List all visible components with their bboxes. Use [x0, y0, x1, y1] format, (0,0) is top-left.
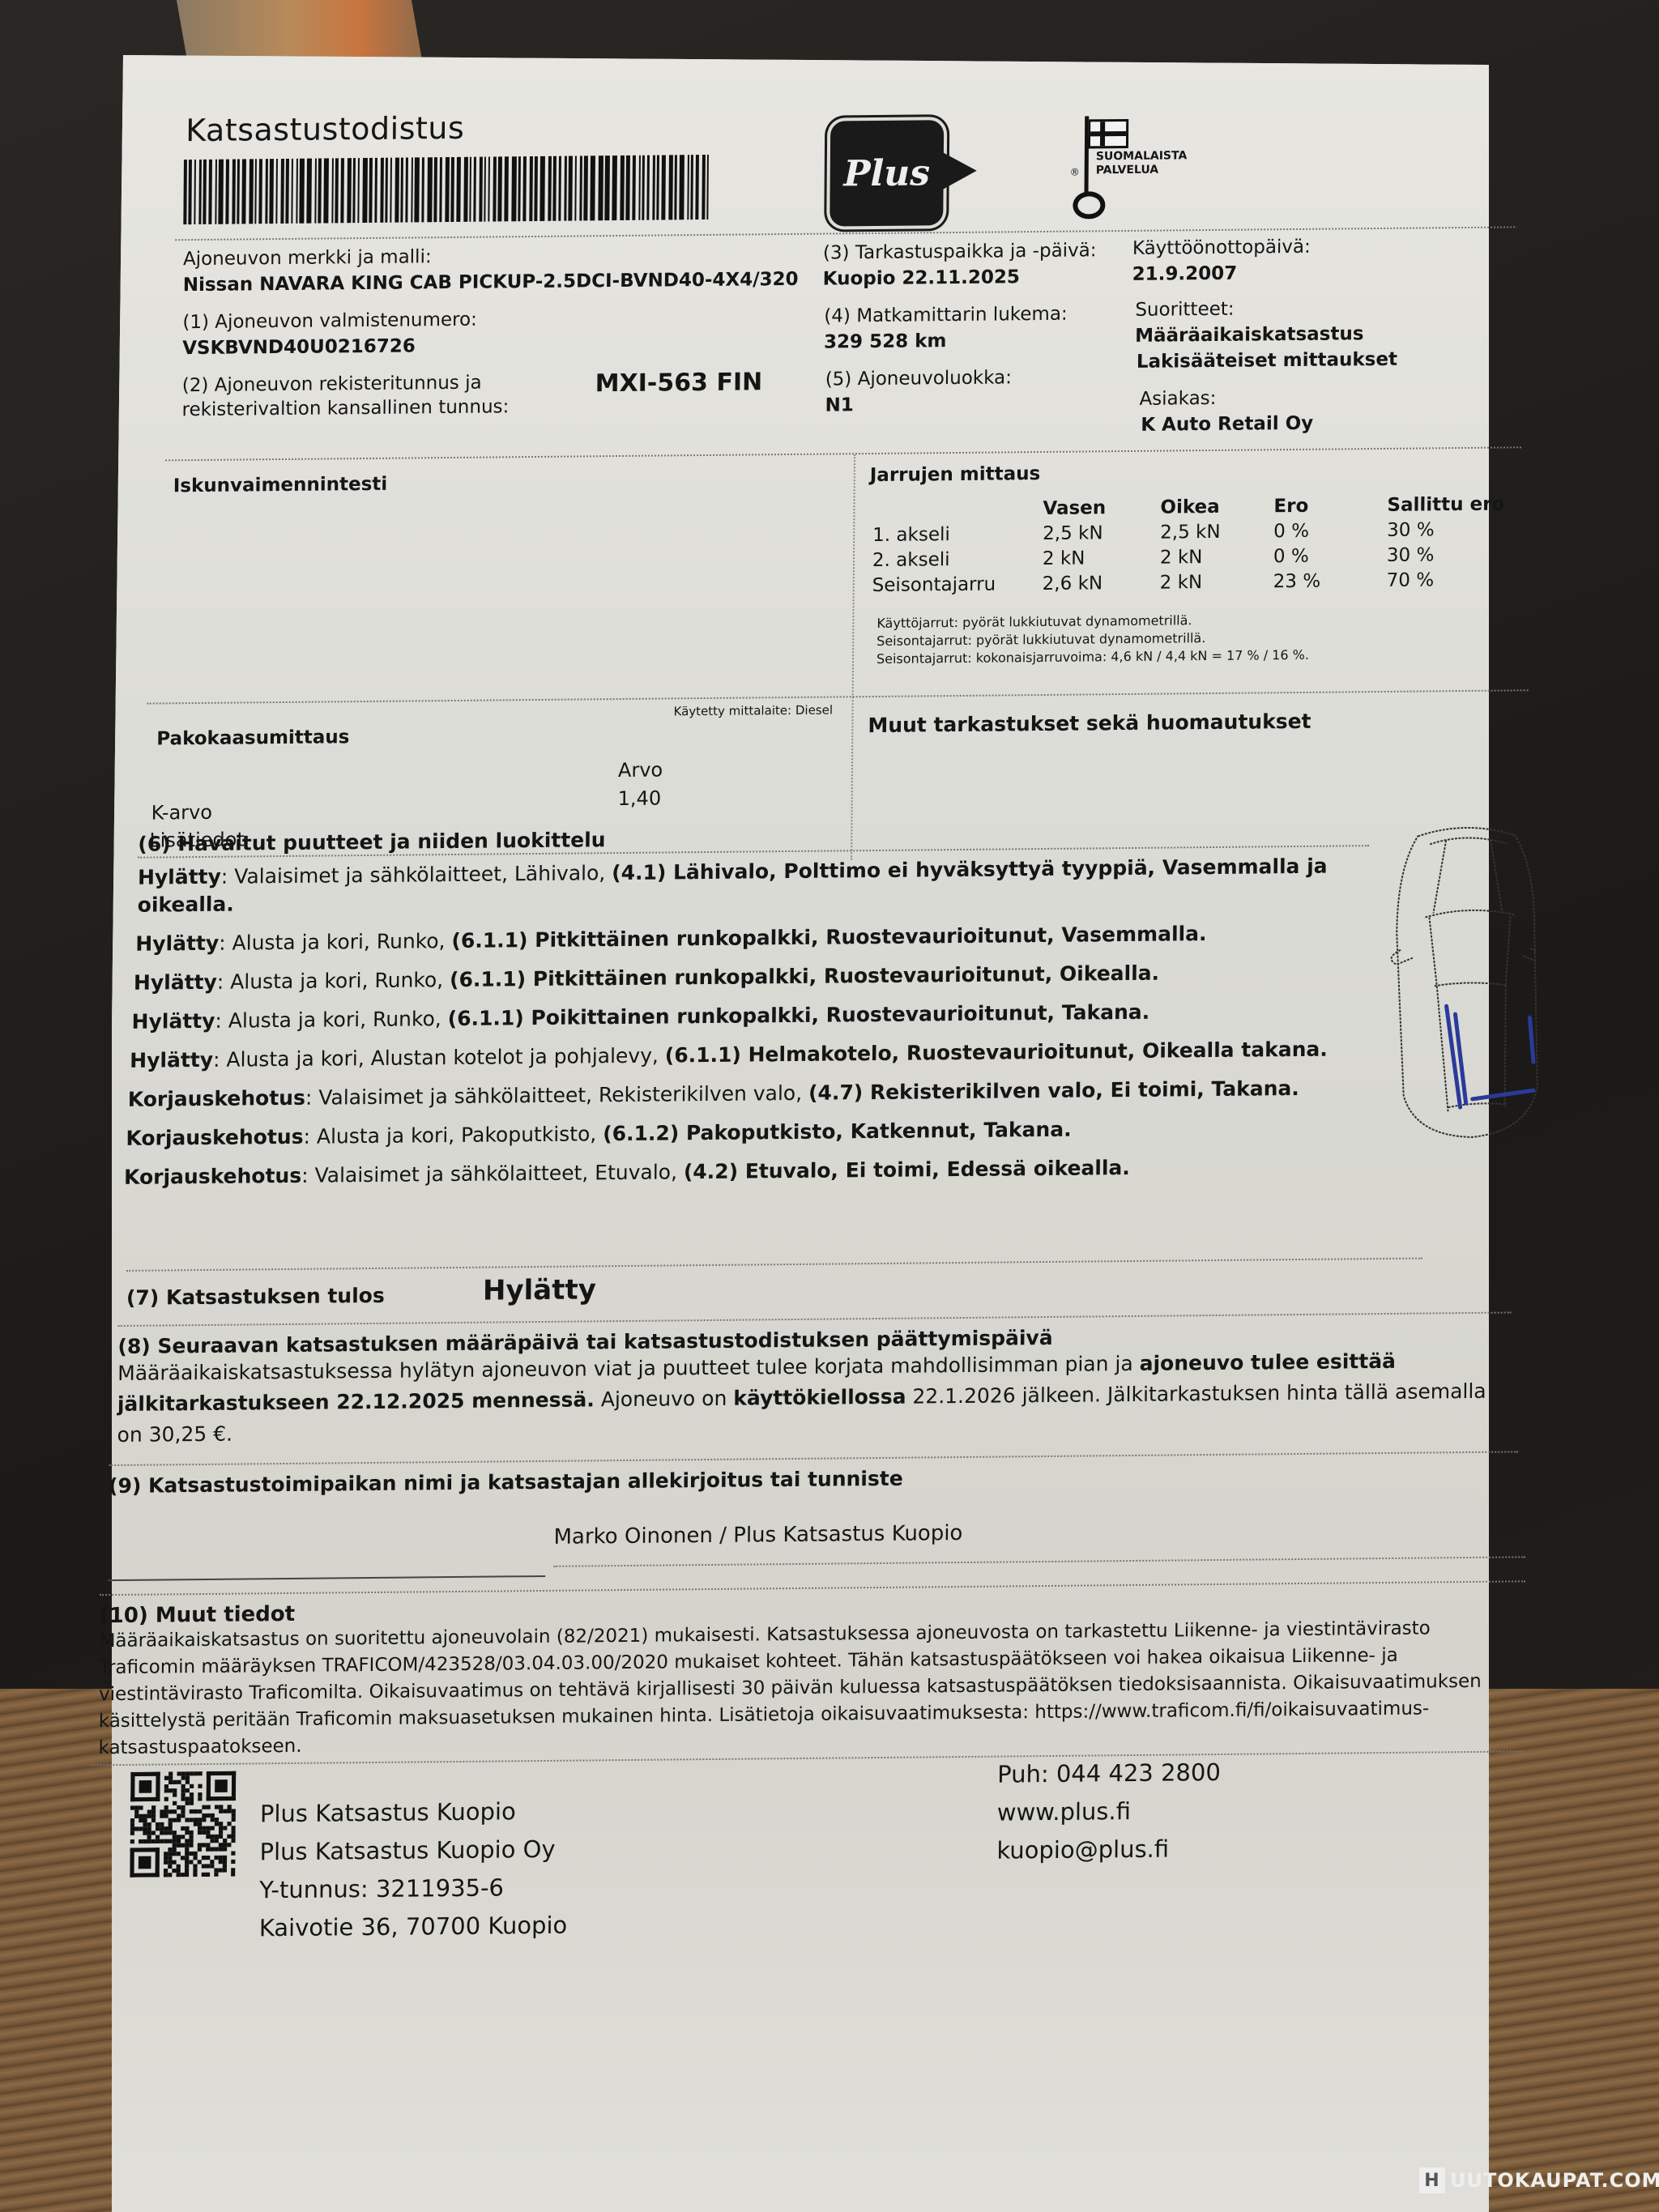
registration-value: MXI-563 FIN — [595, 368, 763, 398]
brake-notes: Käyttöjarrut: pyörät lukkiutuvat dynamom… — [876, 611, 1309, 668]
email-link[interactable]: kuopio@plus.fi — [996, 1830, 1220, 1870]
defect-item: Hylätty: Valaisimet ja sähkölaitteet, Lä… — [138, 852, 1401, 919]
make-model-label: Ajoneuvon merkki ja malli: — [183, 246, 432, 270]
other-checks-title: Muut tarkastukset sekä huomautukset — [868, 710, 1311, 737]
performed-item: Lakisääteiset mittaukset — [1137, 349, 1397, 373]
finnish-flag-icon — [1088, 119, 1128, 148]
odometer-label: (4) Matkamittarin lukema: — [824, 304, 1068, 327]
barcode — [183, 154, 751, 224]
next-inspection-text: Määräaikaiskatsastuksessa hylätyn ajoneu… — [117, 1345, 1511, 1451]
divider — [109, 1451, 1518, 1466]
k-value-label: K-arvo — [151, 801, 213, 825]
exhaust-title: Pakokaasumittaus — [156, 727, 349, 749]
brake-row: Seisontajarru2,6 kN2 kN23 %70 % — [872, 566, 1516, 598]
vehicle-class-label: (5) Ajoneuvoluokka: — [825, 367, 1012, 390]
signature-line — [108, 1575, 545, 1581]
signature-title: (9) Katsastustoimipaikan nimi ja katsast… — [109, 1467, 903, 1498]
inspector-name: Marko Oinonen / Plus Katsastus Kuopio — [553, 1521, 962, 1549]
defect-item: Hylätty: Alusta ja kori, Alustan kotelot… — [130, 1035, 1400, 1075]
defects-title: (6) Havaitut puutteet ja niiden luokitte… — [138, 820, 1401, 856]
next-inspection-section: (8) Seuraavan katsastuksen määräpäivä ta… — [117, 1321, 1511, 1451]
place-date-value: Kuopio 22.11.2025 — [823, 266, 1020, 289]
registration-label-1: (2) Ajoneuvon rekisteritunnus ja — [182, 373, 482, 397]
huutokaupat-logo-icon: H — [1419, 2167, 1445, 2193]
huutokaupat-watermark: H UUTOKAUPAT.COM — [1419, 2167, 1659, 2193]
exhaust-value-header: Arvo — [618, 759, 663, 782]
vehicle-class-value: N1 — [825, 394, 853, 416]
column-divider — [851, 454, 855, 859]
defect-item: Korjauskehotus: Valaisimet ja sähkölaitt… — [124, 1152, 1399, 1191]
website-link[interactable]: www.plus.fi — [997, 1792, 1221, 1832]
divider — [165, 446, 1550, 461]
divider — [126, 1258, 1422, 1272]
result-value: Hylätty — [483, 1273, 596, 1306]
background-cloth — [177, 0, 423, 65]
defect-item: Korjauskehotus: Alusta ja kori, Pakoputk… — [126, 1113, 1399, 1153]
plus-logo: Plus — [829, 120, 944, 226]
customer-value: K Auto Retail Oy — [1141, 413, 1313, 436]
brakes-title: Jarrujen mittaus — [870, 463, 1041, 486]
first-use-label: Käyttöönottopäivä: — [1132, 237, 1311, 259]
divider — [553, 1556, 1525, 1567]
vin-label: (1) Ajoneuvon valmistenumero: — [182, 309, 477, 333]
vin-value: VSKBVND40U0216726 — [182, 335, 416, 359]
exhaust-device: Käytetty mittalaite: Diesel — [673, 702, 833, 718]
divider — [175, 226, 1544, 241]
other-info-section: (10) Muut tiedot Määräaikaiskatsastus on… — [98, 1590, 1525, 1762]
brakes-table: Vasen Oikea Ero Sallittu ero 1. akseli2,… — [872, 491, 1517, 598]
key-ring-icon — [1073, 191, 1105, 219]
result-label: (7) Katsastuksen tulos — [126, 1284, 385, 1310]
other-info-text: Määräaikaiskatsastus on suoritettu ajone… — [98, 1614, 1525, 1762]
inspection-certificate: Katsastustodistus Plus SUOMALAISTAPALVEL… — [112, 55, 1489, 2212]
defects-section: (6) Havaitut puutteet ja niiden luokitte… — [135, 820, 1402, 1203]
first-use-value: 21.9.2007 — [1132, 263, 1238, 285]
defect-item: Korjauskehotus: Valaisimet ja sähkölaitt… — [128, 1074, 1400, 1114]
document-title: Katsastustodistus — [186, 110, 464, 148]
defect-item: Hylätty: Alusta ja kori, Runko, (6.1.1) … — [134, 957, 1401, 997]
defect-item: Hylätty: Alusta ja kori, Runko, (6.1.1) … — [131, 996, 1400, 1036]
make-model-value: Nissan NAVARA KING CAB PICKUP-2.5DCI-BVN… — [183, 269, 799, 296]
place-date-label: (3) Tarkastuspaikka ja -päivä: — [823, 240, 1097, 263]
suomalaista-palvelua-key-logo: SUOMALAISTAPALVELUA ® — [1074, 113, 1196, 219]
company-info: Plus Katsastus Kuopio Plus Katsastus Kuo… — [259, 1792, 569, 1948]
performed-label: Suoritteet: — [1135, 299, 1234, 321]
shock-test-title: Iskunvaimennintesti — [173, 474, 388, 497]
contact-info: Puh: 044 423 2800 www.plus.fi kuopio@plu… — [996, 1754, 1221, 1870]
qr-code — [130, 1771, 236, 1877]
performed-item: Määräaikaiskatsastus — [1135, 323, 1364, 347]
k-value: 1,40 — [618, 787, 662, 811]
registration-label-2: rekisterivaltion kansallinen tunnus: — [181, 396, 509, 420]
customer-label: Asiakas: — [1139, 388, 1216, 410]
defect-item: Hylätty: Alusta ja kori, Runko, (6.1.1) … — [135, 918, 1401, 958]
odometer-value: 329 528 km — [824, 330, 946, 352]
